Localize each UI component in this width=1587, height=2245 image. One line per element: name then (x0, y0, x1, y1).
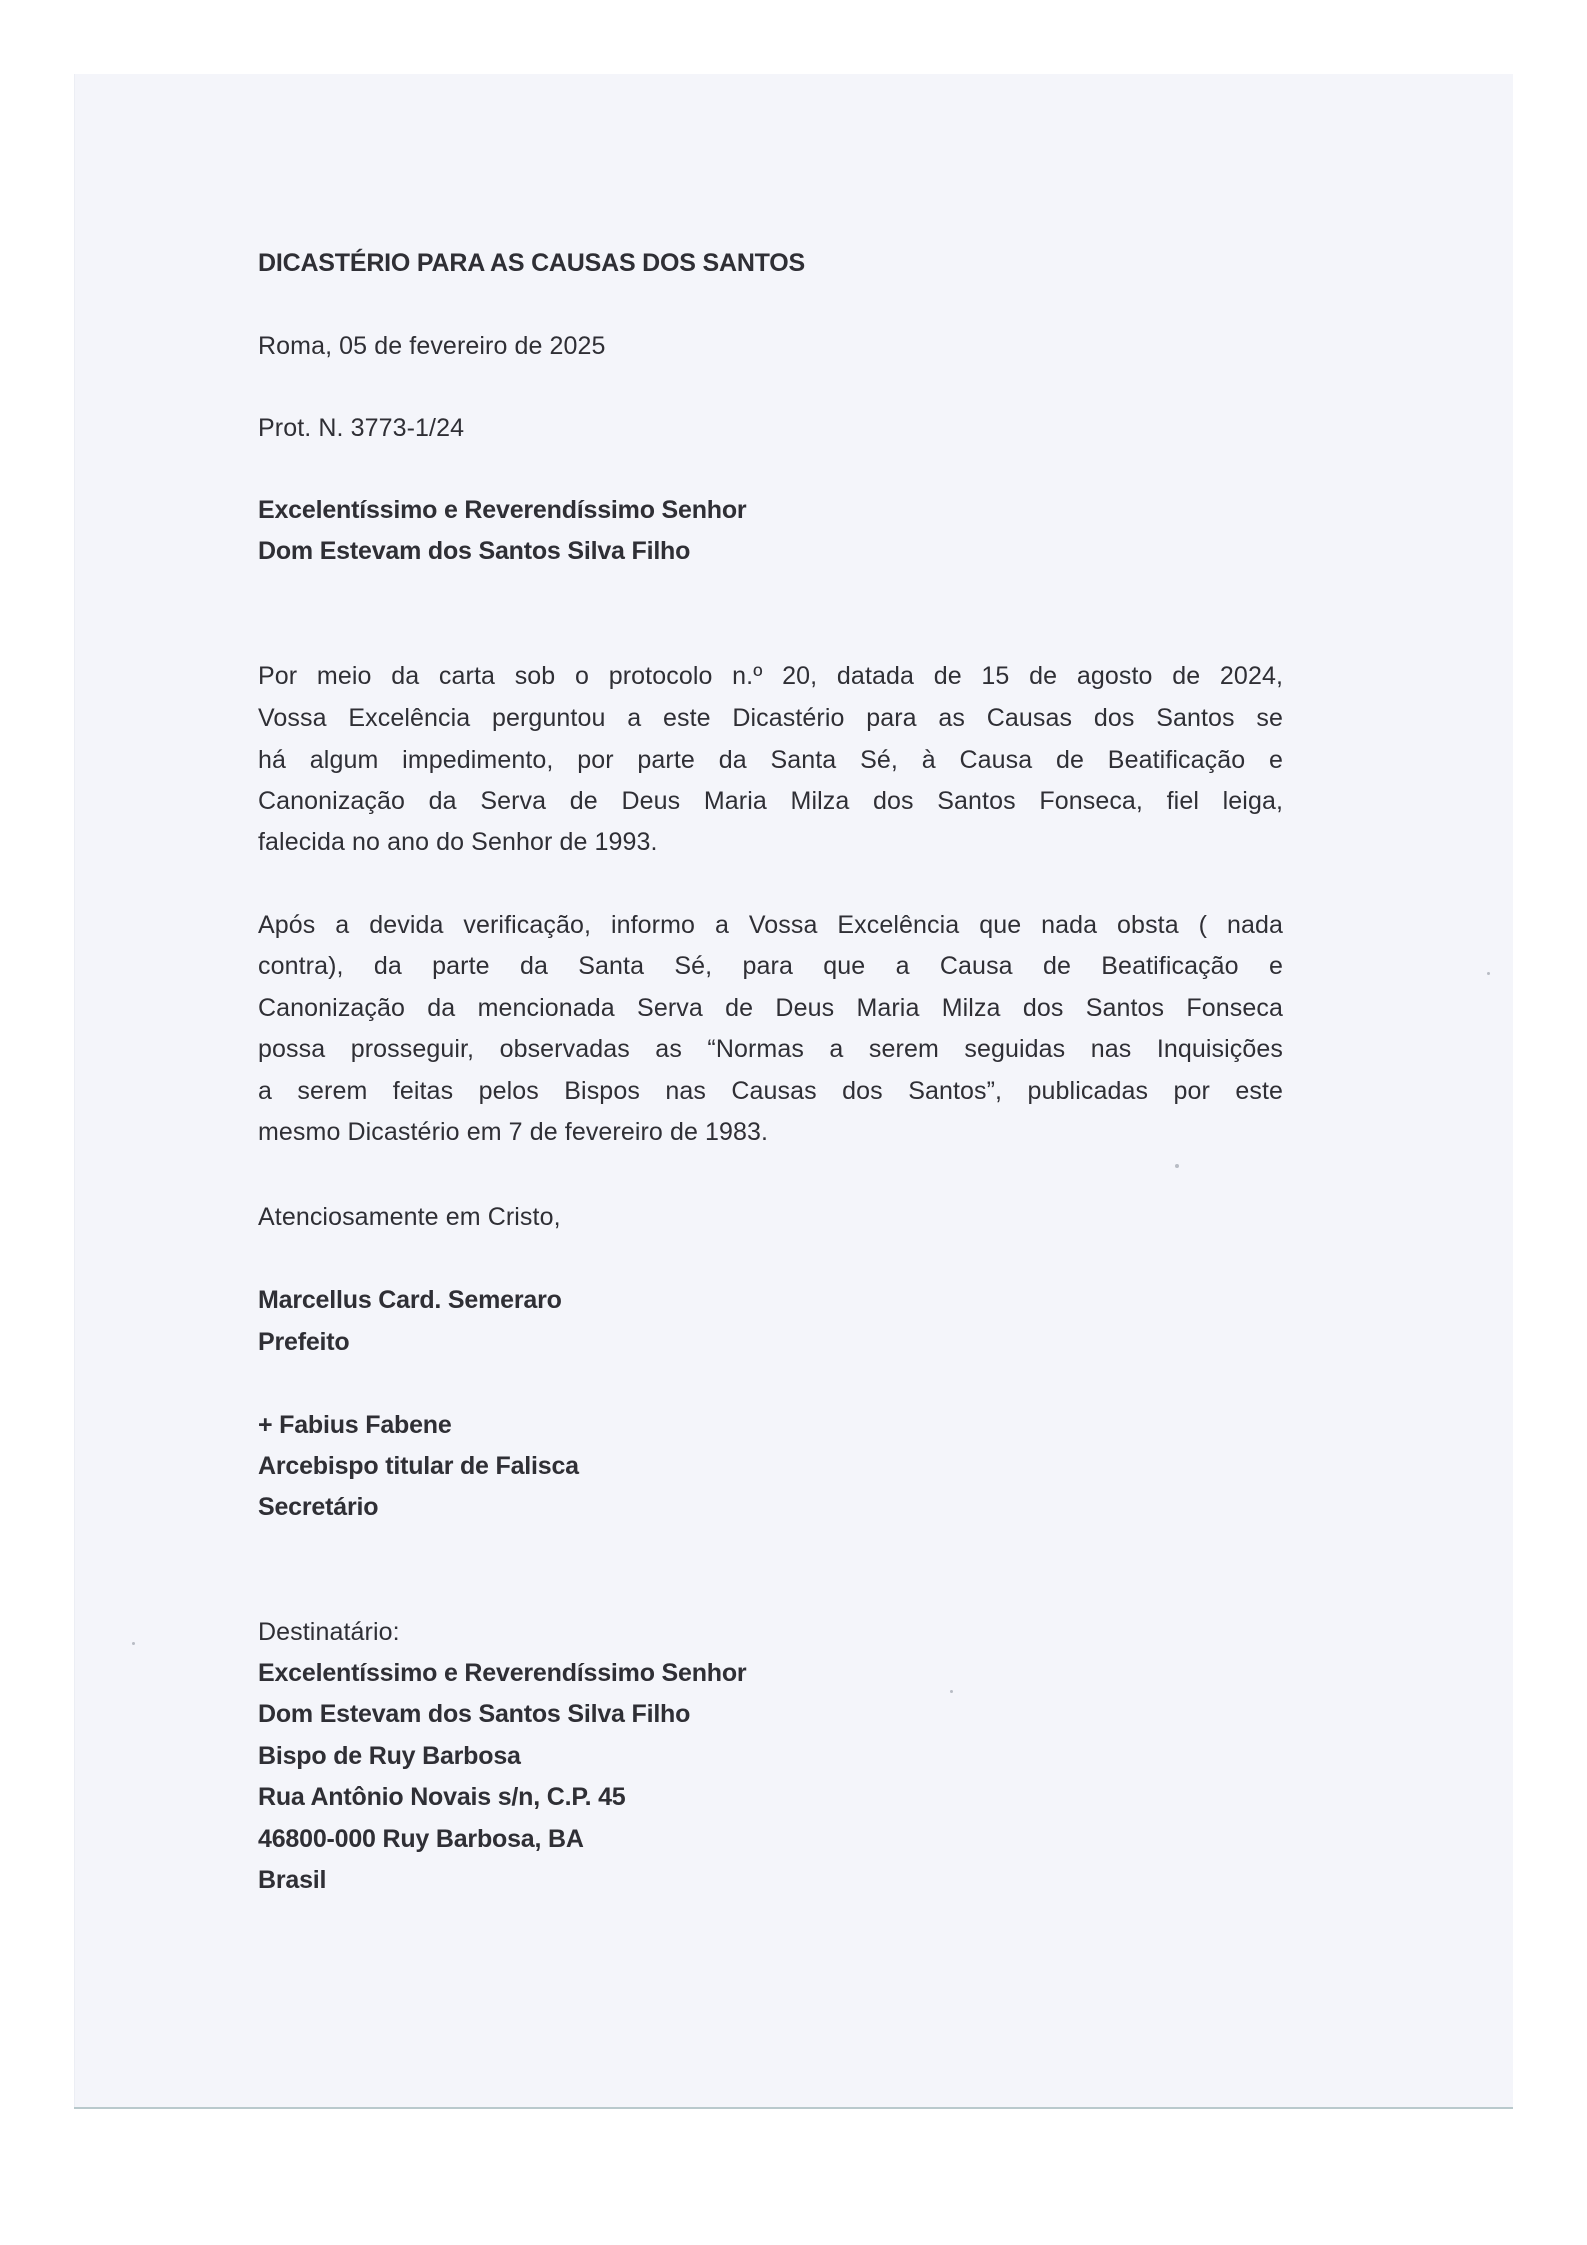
signatory-1-title: Prefeito (258, 1327, 349, 1357)
paragraph-2-line: contra), da parte da Santa Sé, para que … (258, 951, 1283, 981)
recipient-line: Bispo de Ruy Barbosa (258, 1741, 521, 1771)
salutation-line-2: Dom Estevam dos Santos Silva Filho (258, 536, 690, 566)
signatory-2-name: + Fabius Fabene (258, 1410, 452, 1440)
paragraph-1-line: Canonização da Serva de Deus Maria Milza… (258, 786, 1283, 816)
dicastery-header: DICASTÉRIO PARA AS CAUSAS DOS SANTOS (258, 248, 805, 278)
paragraph-1-line: Por meio da carta sob o protocolo n.º 20… (258, 661, 1283, 691)
paragraph-1-line: há algum impedimento, por parte da Santa… (258, 745, 1283, 775)
recipient-line: Excelentíssimo e Reverendíssimo Senhor (258, 1658, 746, 1688)
signatory-1-name: Marcellus Card. Semeraro (258, 1285, 562, 1315)
scan-speck (1487, 972, 1490, 975)
paragraph-1-line: Vossa Excelência perguntou a este Dicast… (258, 703, 1283, 733)
paragraph-2-line: a serem feitas pelos Bispos nas Causas d… (258, 1076, 1283, 1106)
scan-speck (950, 1690, 953, 1693)
paragraph-1-line: falecida no ano do Senhor de 1993. (258, 827, 658, 857)
protocol-number: Prot. N. 3773-1/24 (258, 413, 464, 443)
recipient-line: Rua Antônio Novais s/n, C.P. 45 (258, 1782, 626, 1812)
scan-speck (1175, 1164, 1179, 1168)
scan-speck (132, 1642, 135, 1645)
paragraph-2-line: possa prosseguir, observadas as “Normas … (258, 1034, 1283, 1064)
signatory-2-title-2: Secretário (258, 1492, 378, 1522)
paragraph-2-line: Após a devida verificação, informo a Vos… (258, 910, 1283, 940)
paragraph-2-line: Canonização da mencionada Serva de Deus … (258, 993, 1283, 1023)
place-date: Roma, 05 de fevereiro de 2025 (258, 331, 606, 361)
recipient-line: 46800-000 Ruy Barbosa, BA (258, 1824, 584, 1854)
recipient-line: Brasil (258, 1865, 326, 1895)
paragraph-2-line: mesmo Dicastério em 7 de fevereiro de 19… (258, 1117, 768, 1147)
salutation-line-1: Excelentíssimo e Reverendíssimo Senhor (258, 495, 746, 525)
closing: Atenciosamente em Cristo, (258, 1202, 561, 1232)
recipient-label: Destinatário: (258, 1617, 400, 1647)
signatory-2-title-1: Arcebispo titular de Falisca (258, 1451, 579, 1481)
recipient-line: Dom Estevam dos Santos Silva Filho (258, 1699, 690, 1729)
